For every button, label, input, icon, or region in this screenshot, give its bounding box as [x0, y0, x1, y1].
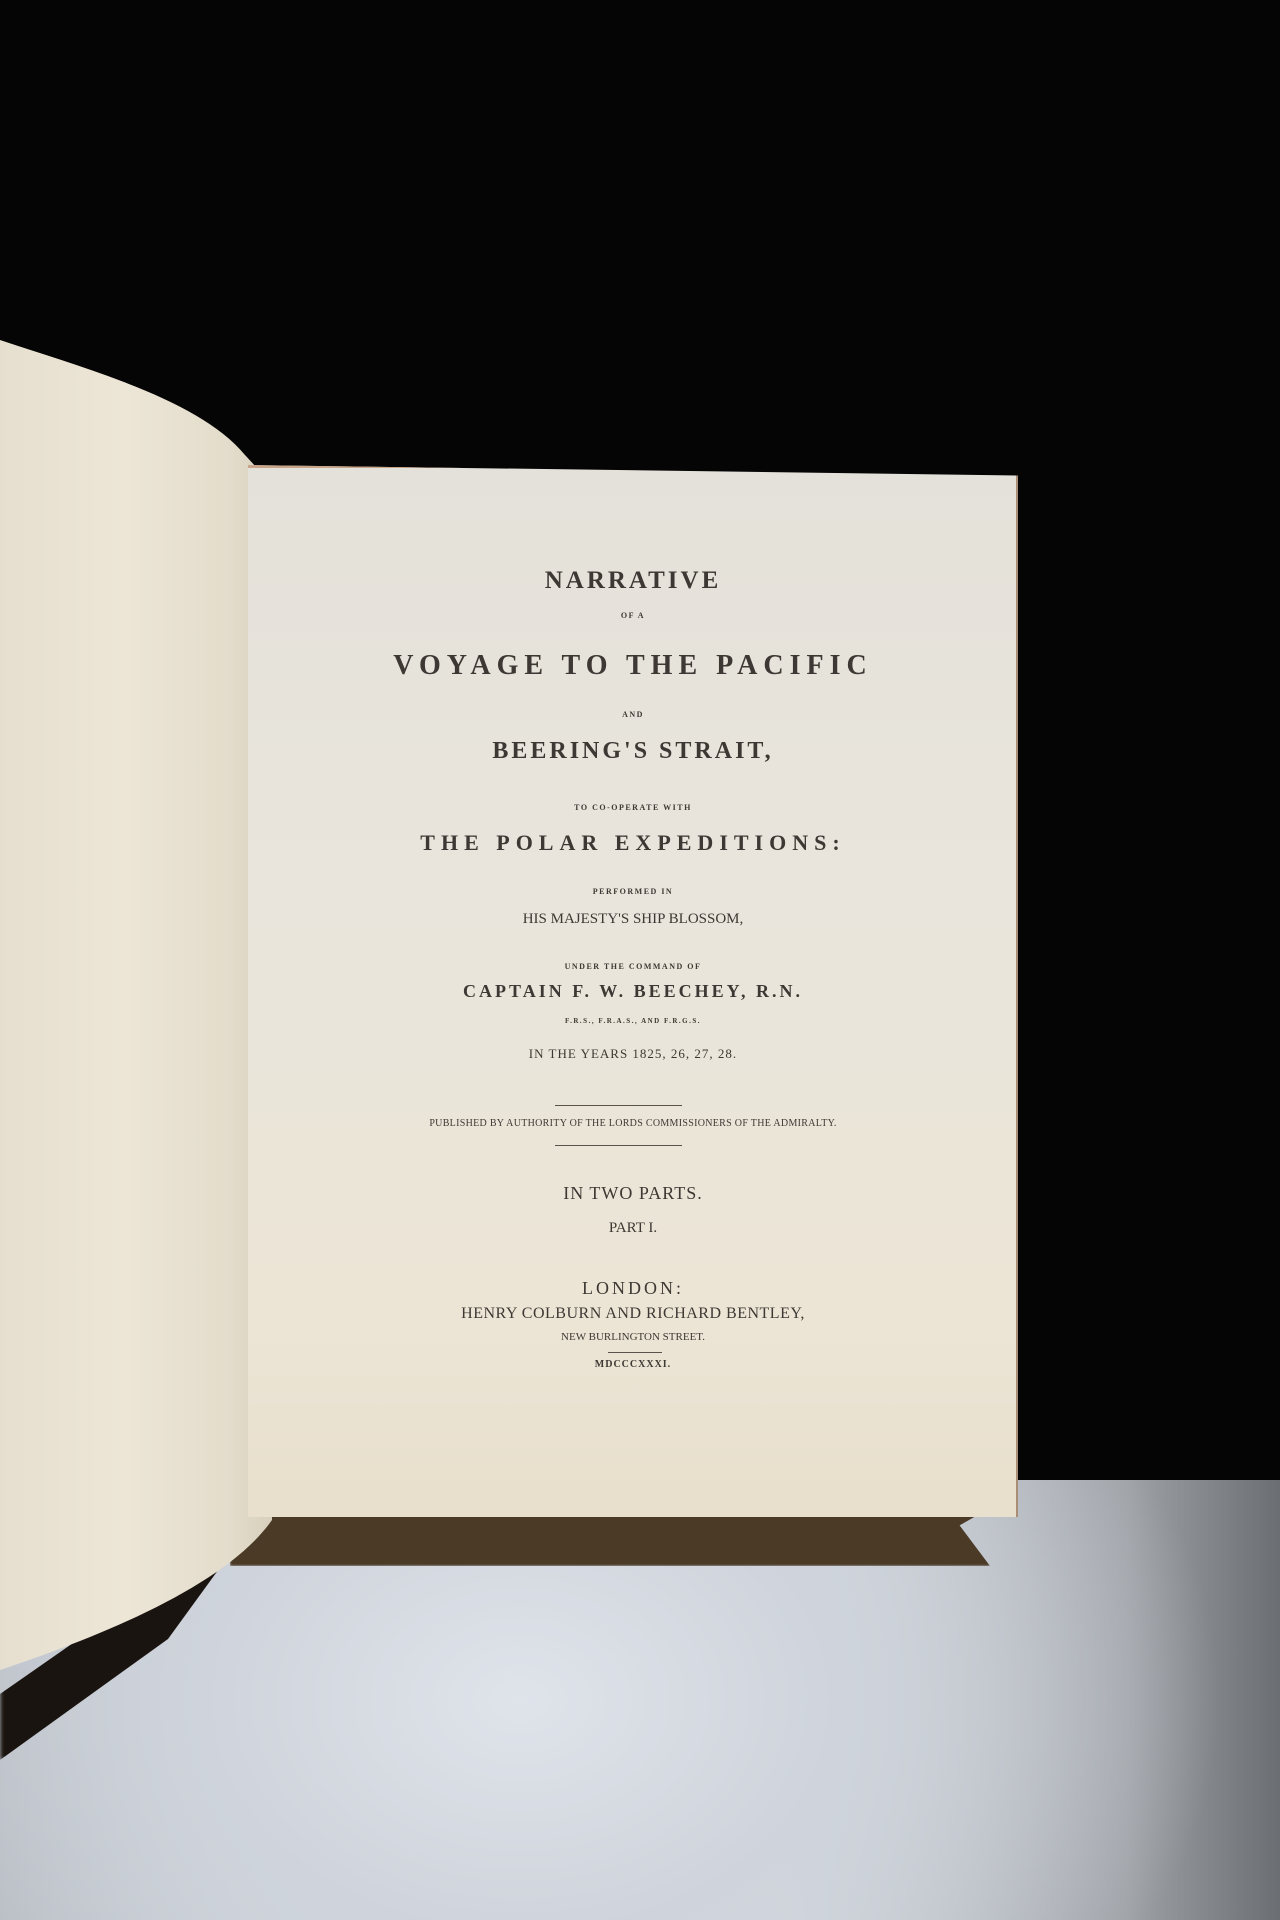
text-performed-in: PERFORMED IN — [248, 887, 1018, 896]
title-beerings-strait: BEERING'S STRAIT, — [248, 738, 1018, 765]
text-ship-blossom: HIS MAJESTY'S SHIP BLOSSOM, — [248, 911, 1018, 928]
text-captain-beechey: CAPTAIN F. W. BEECHEY, R.N. — [248, 981, 1018, 1002]
text-of-a: OF A — [248, 611, 1018, 620]
text-part-one: PART I. — [248, 1220, 1018, 1237]
text-publishers: HENRY COLBURN AND RICHARD BENTLEY, — [248, 1305, 1018, 1323]
text-to-cooperate: TO CO-OPERATE WITH — [248, 803, 1018, 812]
text-honours: F.R.S., F.R.A.S., AND F.R.G.S. — [248, 1017, 1018, 1025]
text-street: NEW BURLINGTON STREET. — [248, 1331, 1018, 1343]
text-under-command: UNDER THE COMMAND OF — [248, 962, 1018, 971]
text-london: LONDON: — [248, 1278, 1018, 1299]
rule-top — [555, 1105, 682, 1106]
text-years: IN THE YEARS 1825, 26, 27, 28. — [248, 1046, 1018, 1062]
title-page-text: NARRATIVE OF A VOYAGE TO THE PACIFIC AND… — [248, 465, 1018, 1517]
title-polar-expeditions: THE POLAR EXPEDITIONS: — [248, 830, 1018, 856]
text-published-by-authority: PUBLISHED BY AUTHORITY OF THE LORDS COMM… — [248, 1118, 1018, 1129]
rule-short — [608, 1352, 662, 1353]
left-blank-page — [0, 340, 272, 1680]
text-in-two-parts: IN TWO PARTS. — [248, 1183, 1018, 1204]
text-and: AND — [248, 710, 1018, 719]
rule-bottom — [555, 1145, 682, 1146]
title-voyage: VOYAGE TO THE PACIFIC — [248, 650, 1018, 682]
text-date-roman: MDCCCXXXI. — [248, 1359, 1018, 1370]
title-narrative: NARRATIVE — [248, 567, 1018, 595]
